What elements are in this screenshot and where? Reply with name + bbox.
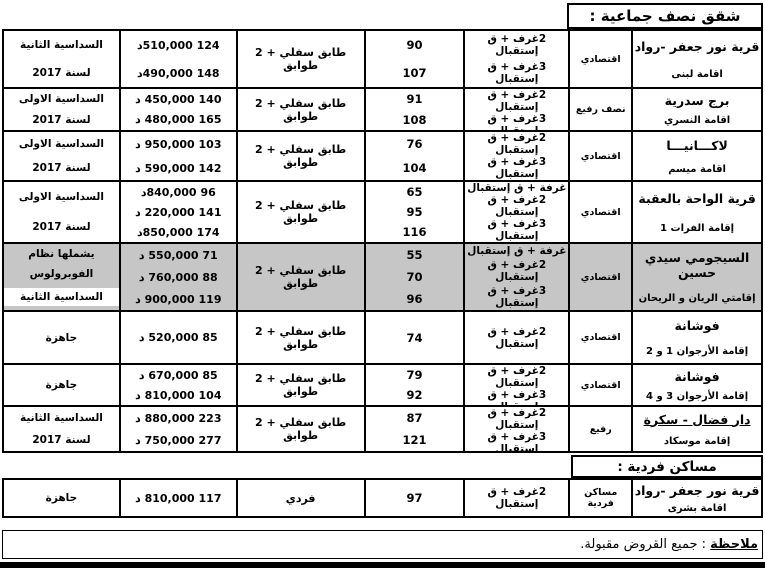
- cell-category-content: اقتصادي: [570, 365, 631, 405]
- cell-room-types-content: 2غرف + ق إستقبال3غرف + ق إستقبال: [465, 89, 568, 130]
- price-value: 85 670,000 د: [121, 369, 236, 382]
- residence-name-text: اقامة بشرى: [633, 503, 761, 514]
- cell-project-name-content: قرية نور جعفر -رواداقامة لبنى: [633, 31, 761, 87]
- status-text: لسنة 2017: [4, 114, 119, 126]
- cell-category-content: اقتصادي: [570, 244, 631, 310]
- cell-floors-content: طابق سفلي + 2 طوابق: [238, 31, 364, 87]
- cell-status: السداسية الاولىلسنة 2017: [3, 131, 120, 181]
- cell-room-types-content: 2غرف + ق إستقبال: [465, 312, 568, 363]
- status-text: السداسية الاولى: [4, 138, 119, 150]
- cell-room-types: 2غرف + ق إستقبال3غرف + ق إستقبال: [464, 364, 569, 406]
- table-row: لاكـــانيـــااقامة ميسماقتصادي2غرف + ق إ…: [3, 131, 762, 181]
- cell-areas-content: 91108: [366, 89, 464, 130]
- cell-floors: طابق سفلي + 2 طوابق: [237, 181, 365, 243]
- status-strip: السداسية الثانية 2017: [4, 288, 119, 306]
- cell-floors-content: طابق سفلي + 2 طوابق: [238, 312, 364, 363]
- area-value: 104: [366, 161, 464, 175]
- section-title-semi-collective: شقق نصف جماعية :: [567, 3, 763, 29]
- cell-project-name-content: فوشانةإقامة الأرجوان 1 و 2: [633, 312, 761, 363]
- cell-project-name-content: لاكـــانيـــااقامة ميسم: [633, 132, 761, 180]
- cell-floors: طابق سفلي + 2 طوابق: [237, 30, 365, 88]
- category-text: اقتصادي: [570, 332, 631, 343]
- area-value: 97: [366, 491, 464, 505]
- room-type-text: 2غرف + ق إستقبال: [465, 326, 568, 350]
- cell-prices-content: 117 810,000 د: [121, 480, 236, 516]
- cell-room-types-content: 2غرف + ق إستقبال3غرف + ق إستقبال: [465, 365, 568, 405]
- room-type-text: 3غرف + ق إستقبال: [465, 156, 568, 180]
- individual-houses-table: قرية نور جعفر -رواداقامة بشرىمساكن فردية…: [2, 478, 763, 518]
- cell-prices-content: 140 450,000 د165 480,000 د: [121, 89, 236, 130]
- section-title-individual: مساكن فردية :: [571, 455, 763, 478]
- project-name-text: دار فضال - سكرة: [633, 412, 761, 427]
- cell-status: السداسية الاولىلسنة 2017: [3, 181, 120, 243]
- cell-room-types: غرفة + ق إستقبال2غرف + ق إستقبال3غرف + ق…: [464, 181, 569, 243]
- cell-room-types: غرفة + ق إستقبال2غرف + ق إستقبال3غرف + ق…: [464, 243, 569, 311]
- cell-floors-content: طابق سفلي + 2 طوابق: [238, 244, 364, 310]
- table-row: قرية نور جعفر -رواداقامة بشرىمساكن فردية…: [3, 479, 762, 517]
- project-name-text: فوشانة: [633, 369, 761, 384]
- cell-project-name: قرية الواحة بالعقبةإقامة الفرات 1: [632, 181, 762, 243]
- cell-project-name-content: برج سدريةاقامة النسري: [633, 89, 761, 130]
- cell-prices: 96 840,000د141 220,000 د174 850,000د: [120, 181, 237, 243]
- category-text: مساكن فردية: [570, 487, 631, 509]
- project-name-text: قرية الواحة بالعقبة: [633, 191, 761, 206]
- cell-room-types: 2غرف + ق إستقبال: [464, 311, 569, 364]
- cell-prices: 103 950,000 د142 590,000 د: [120, 131, 237, 181]
- category-text: اقتصادي: [570, 54, 631, 65]
- note: ملاحظة : جميع القروض مقبولة.: [2, 530, 763, 559]
- price-value: 277 750,000 د: [121, 434, 236, 447]
- cell-category-content: مساكن فردية: [570, 480, 631, 516]
- room-type-text: 3غرف + ق إستقبال: [465, 431, 568, 451]
- project-name-text: السيجومي سيدي حسين: [633, 250, 761, 280]
- cell-areas-content: 7992: [366, 365, 464, 405]
- floors-text: طابق سفلي + 2 طوابق: [238, 199, 364, 225]
- cell-prices: 85 520,000 د: [120, 311, 237, 364]
- status-text: لسنة 2017: [4, 434, 119, 446]
- cell-status-content: السداسية الاولىلسنة 2017: [4, 89, 119, 130]
- cell-status-content: السداسية الاولىلسنة 2017: [4, 182, 119, 242]
- floors-text: طابق سفلي + 2 طوابق: [238, 46, 364, 72]
- status-text: لسنة 2017: [4, 162, 119, 174]
- price-value: 104 810,000 د: [121, 389, 236, 402]
- cell-prices-content: 85 670,000 د104 810,000 د: [121, 365, 236, 405]
- cell-status: جاهزة: [3, 311, 120, 364]
- cell-prices-content: 223 880,000 د277 750,000 د: [121, 407, 236, 451]
- table-row: برج سدريةاقامة النسرينصف رفيع2غرف + ق إس…: [3, 88, 762, 131]
- residence-name-text: إقامة الأرجوان 1 و 2: [633, 346, 761, 357]
- cell-floors: طابق سفلي + 2 طوابق: [237, 406, 365, 452]
- table-row: قرية نور جعفر -رواداقامة لبنىاقتصادي2غرف…: [3, 30, 762, 88]
- table-row: السيجومي سيدي حسينإقامتي الريان و الريحا…: [3, 243, 762, 311]
- cell-floors-content: طابق سفلي + 2 طوابق: [238, 132, 364, 180]
- room-type-text: 2غرف + ق إستقبال: [465, 33, 568, 57]
- cell-room-types-content: غرفة + ق إستقبال2غرف + ق إستقبال3غرف + ق…: [465, 244, 568, 310]
- document-page: { "page": { "section1_title": "شقق نصف ج…: [0, 0, 765, 568]
- cell-project-name-content: قرية نور جعفر -رواداقامة بشرى: [633, 480, 761, 516]
- cell-project-name: قرية نور جعفر -رواداقامة بشرى: [632, 479, 762, 517]
- cell-areas: 7992: [365, 364, 465, 406]
- cell-floors-content: فردي: [238, 480, 364, 516]
- price-value: 141 220,000 د: [121, 206, 236, 219]
- project-name-text: فوشانة: [633, 318, 761, 333]
- cell-status: السداسية الاولىلسنة 2017: [3, 88, 120, 131]
- area-value: 87: [366, 411, 464, 425]
- apartments-table: قرية نور جعفر -رواداقامة لبنىاقتصادي2غرف…: [2, 29, 763, 453]
- status-text: السداسية الاولى: [4, 191, 119, 203]
- category-text: نصف رفيع: [570, 104, 631, 115]
- price-value: 85 520,000 د: [121, 331, 236, 344]
- cell-room-types-content: 2غرف + ق إستقبال3غرف + ق إستقبال: [465, 31, 568, 87]
- floors-text: طابق سفلي + 2 طوابق: [238, 264, 364, 290]
- price-value: 71 550,000 د: [121, 249, 236, 262]
- cell-prices-content: 124 510,000د148 490,000د: [121, 31, 236, 87]
- room-type-text: 2غرف + ق إستقبال: [465, 407, 568, 431]
- cell-room-types-content: 2غرف + ق إستقبال3غرف + ق إستقبال: [465, 407, 568, 451]
- category-text: اقتصادي: [570, 207, 631, 218]
- bottom-divider-bar: [0, 562, 765, 568]
- cell-areas: 87121: [365, 406, 465, 452]
- category-text: اقتصادي: [570, 151, 631, 162]
- cell-areas-content: 76104: [366, 132, 464, 180]
- area-value: 65: [366, 185, 464, 199]
- cell-category-content: اقتصادي: [570, 182, 631, 242]
- room-type-text: غرفة + ق إستقبال: [465, 182, 568, 194]
- cell-floors: طابق سفلي + 2 طوابق: [237, 88, 365, 131]
- status-text: السداسية الثانية: [4, 39, 119, 51]
- price-value: 119 900,000 د: [121, 293, 236, 306]
- cell-project-name-content: دار فضال - سكرةإقامة موسكاد: [633, 407, 761, 451]
- price-value: 142 590,000 د: [121, 162, 236, 175]
- cell-project-name-content: السيجومي سيدي حسينإقامتي الريان و الريحا…: [633, 244, 761, 310]
- cell-areas: 90107: [365, 30, 465, 88]
- cell-areas-content: 74: [366, 312, 464, 363]
- cell-prices: 124 510,000د148 490,000د: [120, 30, 237, 88]
- cell-room-types: 2غرف + ق إستقبال3غرف + ق إستقبال: [464, 406, 569, 452]
- status-text: لسنة 2017: [4, 221, 119, 233]
- residence-name-text: إقامتي الريان و الريحان: [633, 293, 761, 304]
- area-value: 92: [366, 388, 464, 402]
- cell-project-name: فوشانةإقامة الأرجوان 3 و 4: [632, 364, 762, 406]
- cell-project-name: برج سدريةاقامة النسري: [632, 88, 762, 131]
- cell-project-name-content: فوشانةإقامة الأرجوان 3 و 4: [633, 365, 761, 405]
- table-row: قرية الواحة بالعقبةإقامة الفرات 1اقتصادي…: [3, 181, 762, 243]
- project-name-text: برج سدرية: [633, 93, 761, 108]
- cell-room-types: 2غرف + ق إستقبال: [464, 479, 569, 517]
- cell-room-types-content: 2غرف + ق إستقبال: [465, 480, 568, 516]
- cell-project-name-content: قرية الواحة بالعقبةإقامة الفرات 1: [633, 182, 761, 242]
- cell-areas-content: 557096: [366, 244, 464, 310]
- status-text: الفوبرولوس: [4, 268, 119, 280]
- floors-text: طابق سفلي + 2 طوابق: [238, 143, 364, 169]
- cell-status-content: السداسية الثانيةلسنة 2017: [4, 407, 119, 451]
- project-name-text: قرية نور جعفر -رواد: [633, 39, 761, 54]
- price-value: 148 490,000د: [121, 67, 236, 80]
- cell-status-content: السداسية الاولىلسنة 2017: [4, 132, 119, 180]
- floors-text: طابق سفلي + 2 طوابق: [238, 97, 364, 123]
- cell-room-types-content: 2غرف + ق إستقبال3غرف + ق إستقبال: [465, 132, 568, 180]
- cell-areas-content: 6595116: [366, 182, 464, 242]
- area-value: 79: [366, 368, 464, 382]
- price-value: 124 510,000د: [121, 39, 236, 52]
- cell-project-name: دار فضال - سكرةإقامة موسكاد: [632, 406, 762, 452]
- floors-text: طابق سفلي + 2 طوابق: [238, 372, 364, 398]
- room-type-text: 2غرف + ق إستقبال: [465, 259, 568, 283]
- cell-status: يشملها نظامالفوبرولوسالسداسية الثانية 20…: [3, 243, 120, 311]
- cell-prices: 71 550,000 د88 760,000 د119 900,000 د: [120, 243, 237, 311]
- room-type-text: 3غرف + ق إستقبال: [465, 113, 568, 130]
- residence-name-text: إقامة موسكاد: [633, 436, 761, 447]
- cell-areas-content: 90107: [366, 31, 464, 87]
- cell-floors-content: طابق سفلي + 2 طوابق: [238, 182, 364, 242]
- cell-status: السداسية الثانيةلسنة 2017: [3, 30, 120, 88]
- cell-floors: طابق سفلي + 2 طوابق: [237, 364, 365, 406]
- cell-areas: 557096: [365, 243, 465, 311]
- floors-text: طابق سفلي + 2 طوابق: [238, 416, 364, 442]
- table-row: دار فضال - سكرةإقامة موسكادرفيع2غرف + ق …: [3, 406, 762, 452]
- price-value: 103 950,000 د: [121, 138, 236, 151]
- cell-prices: 117 810,000 د: [120, 479, 237, 517]
- cell-areas-content: 97: [366, 480, 464, 516]
- room-type-text: 2غرف + ق إستقبال: [465, 365, 568, 389]
- area-value: 95: [366, 205, 464, 219]
- price-value: 140 450,000 د: [121, 93, 236, 106]
- status-text: جاهزة: [4, 379, 119, 391]
- cell-room-types: 2غرف + ق إستقبال3غرف + ق إستقبال: [464, 131, 569, 181]
- cell-category: رفيع: [569, 406, 632, 452]
- cell-room-types: 2غرف + ق إستقبال3غرف + ق إستقبال: [464, 30, 569, 88]
- cell-prices: 85 670,000 د104 810,000 د: [120, 364, 237, 406]
- cell-areas: 97: [365, 479, 465, 517]
- residence-name-text: اقامة النسري: [633, 115, 761, 126]
- price-value: 165 480,000 د: [121, 113, 236, 126]
- cell-status-content: جاهزة: [4, 312, 119, 363]
- cell-room-types: 2غرف + ق إستقبال3غرف + ق إستقبال: [464, 88, 569, 131]
- cell-floors-content: طابق سفلي + 2 طوابق: [238, 89, 364, 130]
- area-value: 55: [366, 248, 464, 262]
- section-title-text: شقق نصف جماعية :: [590, 7, 741, 25]
- table-row: فوشانةإقامة الأرجوان 1 و 2اقتصادي2غرف + …: [3, 311, 762, 364]
- cell-category-content: رفيع: [570, 407, 631, 451]
- category-text: اقتصادي: [570, 272, 631, 283]
- cell-floors: طابق سفلي + 2 طوابق: [237, 311, 365, 364]
- cell-category: اقتصادي: [569, 311, 632, 364]
- cell-status-content: يشملها نظامالفوبرولوسالسداسية الثانية 20…: [4, 244, 119, 310]
- cell-status: السداسية الثانيةلسنة 2017: [3, 406, 120, 452]
- cell-areas: 6595116: [365, 181, 465, 243]
- cell-floors-content: طابق سفلي + 2 طوابق: [238, 407, 364, 451]
- cell-floors: طابق سفلي + 2 طوابق: [237, 243, 365, 311]
- area-value: 116: [366, 225, 464, 239]
- price-value: 88 760,000 د: [121, 271, 236, 284]
- status-text: السداسية الاولى: [4, 93, 119, 105]
- cell-category-content: نصف رفيع: [570, 89, 631, 130]
- note-label: ملاحظة: [710, 537, 758, 552]
- cell-project-name: لاكـــانيـــااقامة ميسم: [632, 131, 762, 181]
- cell-category-content: اقتصادي: [570, 31, 631, 87]
- cell-status: جاهزة: [3, 479, 120, 517]
- cell-category: اقتصادي: [569, 364, 632, 406]
- cell-prices-content: 71 550,000 د88 760,000 د119 900,000 د: [121, 244, 236, 310]
- cell-category: اقتصادي: [569, 243, 632, 311]
- cell-status-content: جاهزة: [4, 480, 119, 516]
- room-type-text: 2غرف + ق إستقبال: [465, 132, 568, 156]
- cell-category: مساكن فردية: [569, 479, 632, 517]
- cell-category: اقتصادي: [569, 181, 632, 243]
- cell-status-content: جاهزة: [4, 365, 119, 405]
- cell-prices: 140 450,000 د165 480,000 د: [120, 88, 237, 131]
- cell-category: نصف رفيع: [569, 88, 632, 131]
- cell-category-content: اقتصادي: [570, 312, 631, 363]
- room-type-text: غرفة + ق إستقبال: [465, 245, 568, 257]
- residence-name-text: إقامة الأرجوان 3 و 4: [633, 391, 761, 402]
- table-row: فوشانةإقامة الأرجوان 3 و 4اقتصادي2غرف + …: [3, 364, 762, 406]
- cell-floors: فردي: [237, 479, 365, 517]
- cell-floors: طابق سفلي + 2 طوابق: [237, 131, 365, 181]
- residence-name-text: اقامة لبنى: [633, 69, 761, 80]
- area-value: 108: [366, 113, 464, 127]
- room-type-text: 2غرف + ق إستقبال: [465, 486, 568, 510]
- cell-project-name: قرية نور جعفر -رواداقامة لبنى: [632, 30, 762, 88]
- cell-category-content: اقتصادي: [570, 132, 631, 180]
- area-value: 90: [366, 38, 464, 52]
- cell-project-name: السيجومي سيدي حسينإقامتي الريان و الريحا…: [632, 243, 762, 311]
- note-text: : جميع القروض مقبولة.: [580, 537, 710, 552]
- room-type-text: 3غرف + ق إستقبال: [465, 218, 568, 242]
- cell-floors-content: طابق سفلي + 2 طوابق: [238, 365, 364, 405]
- area-value: 96: [366, 292, 464, 306]
- cell-category: اقتصادي: [569, 30, 632, 88]
- area-value: 107: [366, 66, 464, 80]
- cell-prices-content: 85 520,000 د: [121, 312, 236, 363]
- cell-category: اقتصادي: [569, 131, 632, 181]
- cell-project-name: فوشانةإقامة الأرجوان 1 و 2: [632, 311, 762, 364]
- room-type-text: 2غرف + ق إستقبال: [465, 89, 568, 113]
- residence-name-text: إقامة الفرات 1: [633, 223, 761, 234]
- cell-status: جاهزة: [3, 364, 120, 406]
- category-text: اقتصادي: [570, 380, 631, 391]
- price-value: 174 850,000د: [121, 226, 236, 239]
- area-value: 70: [366, 270, 464, 284]
- cell-areas-content: 87121: [366, 407, 464, 451]
- price-value: 223 880,000 د: [121, 412, 236, 425]
- floors-text: فردي: [238, 492, 364, 505]
- cell-areas: 74: [365, 311, 465, 364]
- project-name-text: قرية نور جعفر -رواد: [633, 483, 761, 498]
- area-value: 74: [366, 331, 464, 345]
- room-type-text: 3غرف + ق إستقبال: [465, 61, 568, 85]
- area-value: 76: [366, 137, 464, 151]
- room-type-text: 3غرف + ق إستقبال: [465, 389, 568, 405]
- floors-text: طابق سفلي + 2 طوابق: [238, 325, 364, 351]
- area-value: 121: [366, 433, 464, 447]
- status-text: يشملها نظام: [4, 248, 119, 260]
- section-title-text: مساكن فردية :: [617, 459, 716, 475]
- status-text: السداسية الثانية: [4, 412, 119, 424]
- residence-name-text: اقامة ميسم: [633, 164, 761, 175]
- category-text: رفيع: [570, 424, 631, 435]
- cell-room-types-content: غرفة + ق إستقبال2غرف + ق إستقبال3غرف + ق…: [465, 182, 568, 242]
- status-text: جاهزة: [4, 492, 119, 504]
- price-value: 96 840,000د: [121, 186, 236, 199]
- price-value: 117 810,000 د: [121, 492, 236, 505]
- status-text: جاهزة: [4, 332, 119, 344]
- room-type-text: 2غرف + ق إستقبال: [465, 194, 568, 218]
- room-type-text: 3غرف + ق إستقبال: [465, 285, 568, 309]
- cell-areas: 76104: [365, 131, 465, 181]
- project-name-text: لاكـــانيـــا: [633, 138, 761, 153]
- status-text: لسنة 2017: [4, 67, 119, 79]
- cell-prices-content: 103 950,000 د142 590,000 د: [121, 132, 236, 180]
- cell-status-content: السداسية الثانيةلسنة 2017: [4, 31, 119, 87]
- cell-areas: 91108: [365, 88, 465, 131]
- cell-prices-content: 96 840,000د141 220,000 د174 850,000د: [121, 182, 236, 242]
- area-value: 91: [366, 92, 464, 106]
- cell-prices: 223 880,000 د277 750,000 د: [120, 406, 237, 452]
